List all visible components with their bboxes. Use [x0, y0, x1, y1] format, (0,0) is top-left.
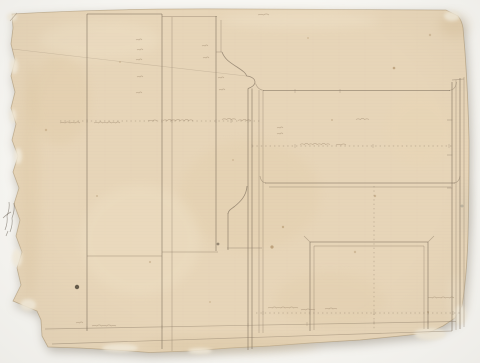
- photographed-drawing-mount: [0, 0, 480, 363]
- margin-inscription: [3, 202, 14, 236]
- drawing-scan: [0, 0, 480, 363]
